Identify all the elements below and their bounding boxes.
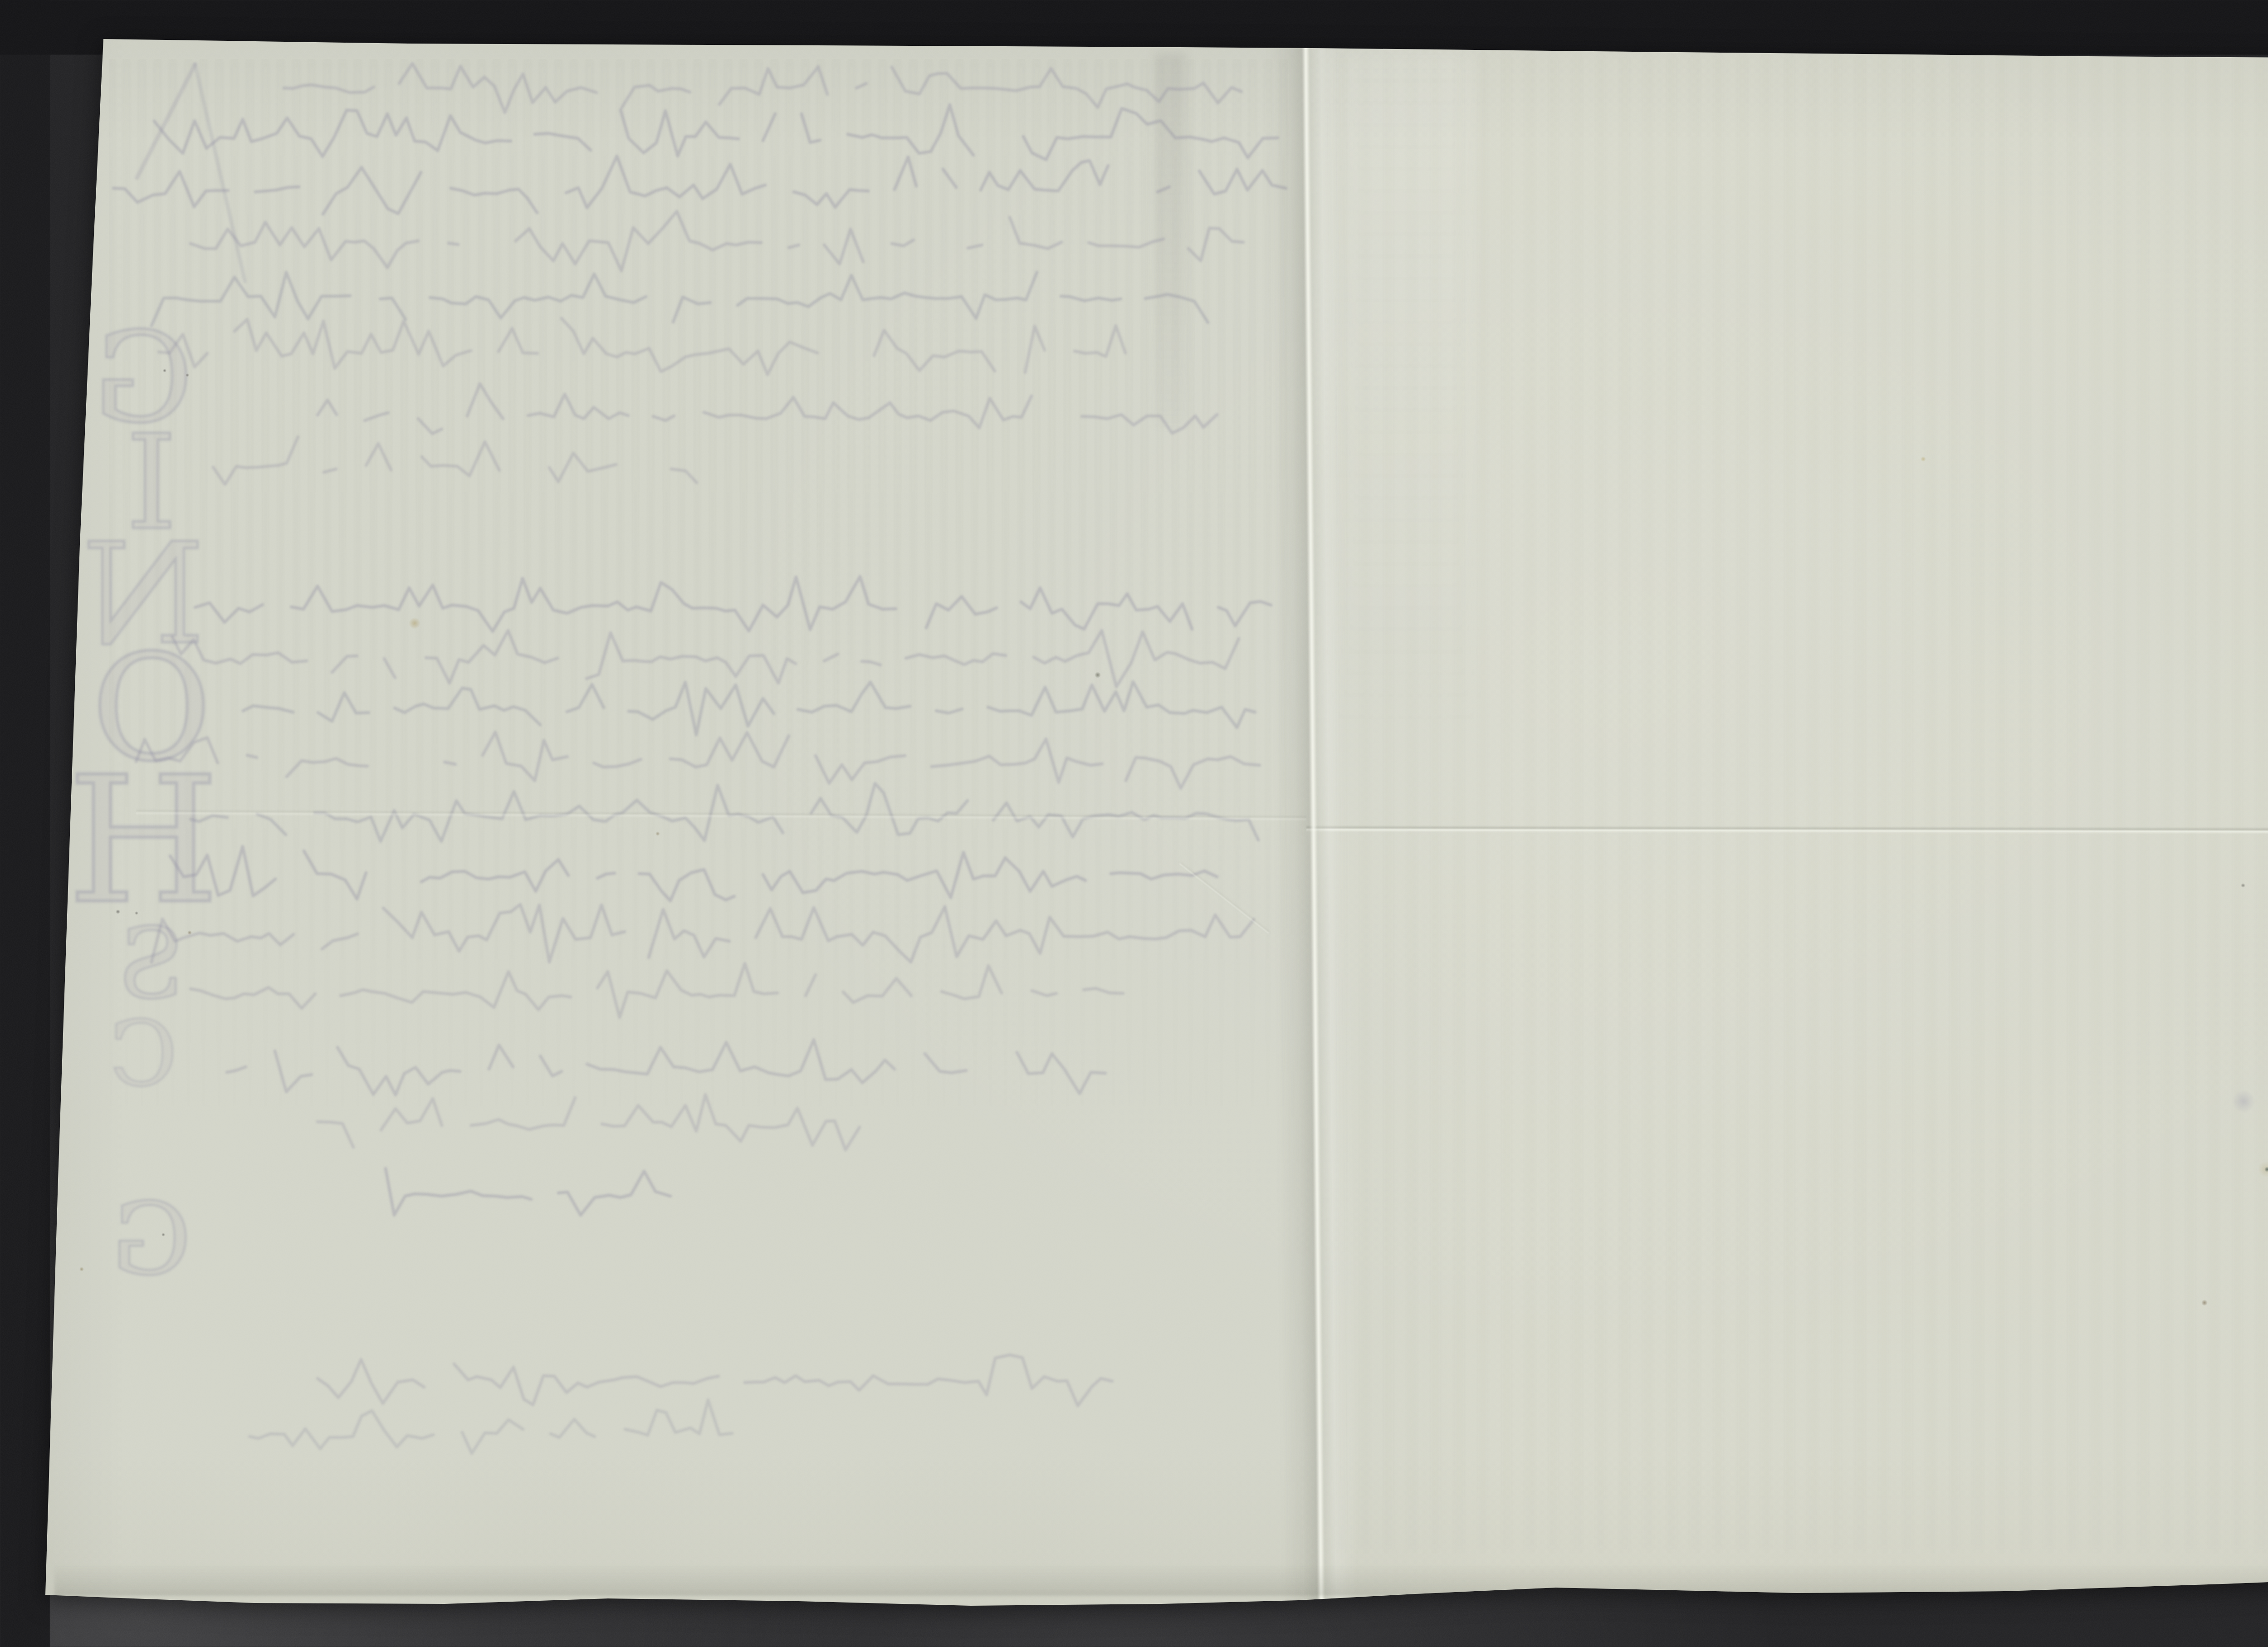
handwriting-line-20 (249, 1400, 732, 1453)
handwriting-line-1 (154, 105, 1278, 160)
handwriting-line-17 (318, 1095, 860, 1150)
handwriting-line-3 (191, 211, 1243, 271)
handwriting-line-15 (191, 963, 1123, 1017)
handwriting-line-9 (172, 630, 1264, 687)
paper-sheet: GINOHSCG (0, 0, 2268, 1647)
handwriting-line-7 (213, 437, 697, 484)
handwriting-line-8 (195, 577, 1271, 631)
handwriting-line-0 (284, 64, 1242, 112)
handwriting-line-16 (227, 1040, 1105, 1095)
handwriting-line-10 (243, 682, 1255, 735)
handwriting-line-11 (136, 732, 1286, 788)
handwriting-line-4 (152, 272, 1208, 326)
bottom-deckle-edge-shadow (54, 1564, 2268, 1596)
photograph-background: { "scene": { "description": "Archival ph… (0, 0, 2268, 1647)
mirrored-handwriting-showthrough (0, 0, 2268, 1647)
fold-highlight-glow (1338, 50, 1474, 730)
handwriting-line-5 (159, 318, 1125, 375)
handwriting-line-2 (113, 156, 1286, 214)
paper-sheet-wrapper: GINOHSCG (0, 0, 2268, 1647)
handwriting-line-13 (170, 846, 1217, 901)
handwriting-line-14 (152, 904, 1254, 962)
showthrough-diagonal-stroke-0 (137, 64, 195, 178)
handwriting-line-19 (318, 1355, 1112, 1406)
handwriting-line-18 (386, 1168, 670, 1215)
handwriting-line-6 (318, 384, 1217, 434)
